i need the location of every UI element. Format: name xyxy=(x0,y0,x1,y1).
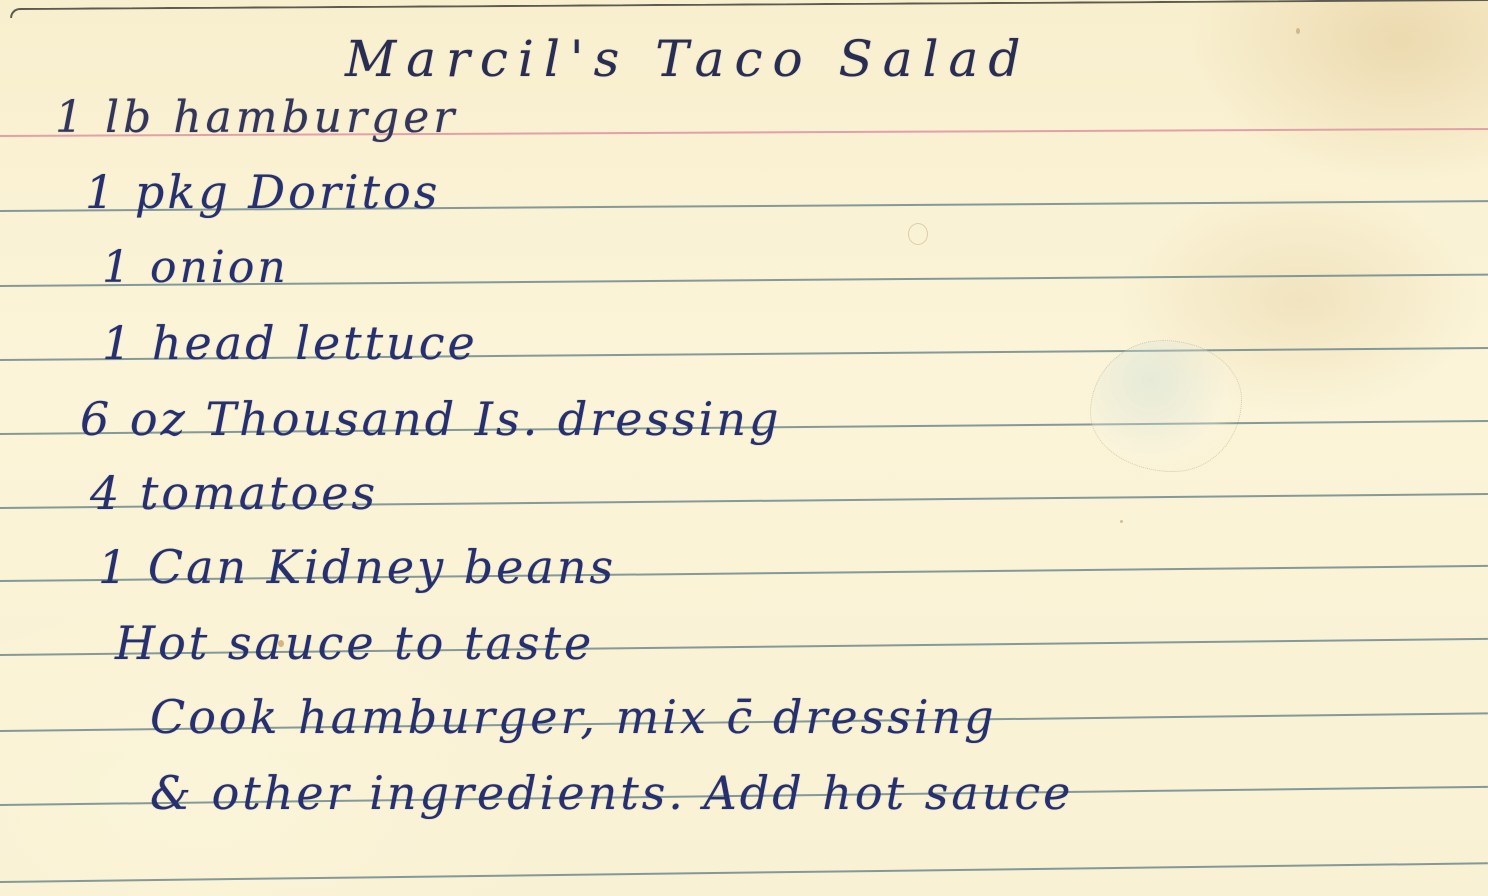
instruction-line: & other ingredients. Add hot sauce xyxy=(150,766,1073,820)
speck xyxy=(1120,520,1123,523)
ingredient-line: 1 onion xyxy=(102,242,289,293)
ingredient-line: 1 head lettuce xyxy=(102,316,478,370)
recipe-card: Marcil's Taco Salad 1 lb hamburger 1 pkg… xyxy=(0,0,1488,896)
ingredient-line: 6 oz Thousand Is. dressing xyxy=(80,392,781,446)
recipe-title: Marcil's Taco Salad xyxy=(345,30,1030,88)
paper-mark xyxy=(908,223,928,245)
ingredient-line: 1 lb hamburger xyxy=(55,92,458,143)
water-stain xyxy=(1090,340,1242,472)
seasoning-line: Hot sauce to taste xyxy=(115,616,594,670)
ingredient-line: 1 pkg Doritos xyxy=(85,165,440,219)
ingredient-line: 4 tomatoes xyxy=(90,466,378,520)
ruled-line xyxy=(0,862,1488,883)
ingredient-line: 1 Can Kidney beans xyxy=(98,540,616,594)
card-top-edge xyxy=(10,0,1488,18)
instruction-line: Cook hamburger, mix c̄ dressing xyxy=(150,690,997,744)
speck xyxy=(1296,28,1300,34)
